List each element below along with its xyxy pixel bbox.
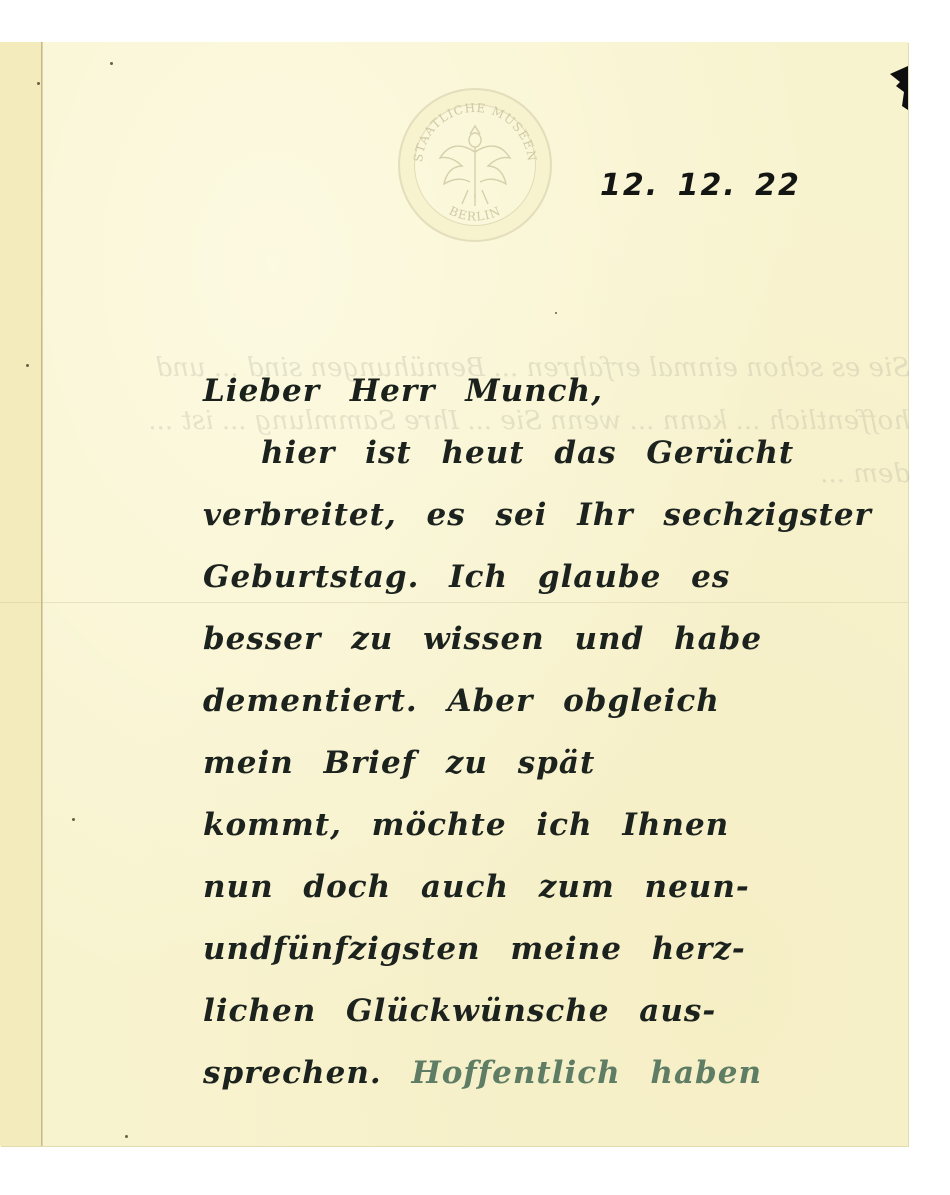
- folded-margin-strip: [0, 42, 42, 1146]
- letter-line: nun doch auch zum neun-: [203, 856, 903, 918]
- eagle-emblem-icon: STAATLICHE MUSEEN BERLIN: [400, 90, 550, 240]
- letter-line: hier ist heut das Gerücht: [203, 422, 903, 484]
- letter-date: 12. 12. 22: [600, 168, 801, 203]
- embossed-museum-seal: STAATLICHE MUSEEN BERLIN: [398, 88, 552, 242]
- paper-speck: [125, 1135, 128, 1138]
- letter-line: mein Brief zu spät: [203, 732, 903, 794]
- letter-line: dementiert. Aber obgleich: [203, 670, 903, 732]
- letter-line: besser zu wissen und habe: [203, 608, 903, 670]
- paper-speck: [72, 818, 75, 821]
- salutation: Lieber Herr Munch,: [203, 360, 903, 422]
- seal-bottom-text: BERLIN: [447, 204, 503, 224]
- paper-speck: [37, 82, 40, 85]
- letter-line-tail: Hoffentlich haben: [411, 1055, 762, 1091]
- paper-speck: [26, 364, 29, 367]
- torn-mount-fragment-icon: [888, 62, 910, 117]
- paper-speck: [555, 312, 557, 314]
- letter-line: verbreitet, es sei Ihr sechzigster: [203, 484, 903, 546]
- letter-line: kommt, möchte ich Ihnen: [203, 794, 903, 856]
- letter-line-final: sprechen. Hoffentlich haben: [203, 1042, 903, 1104]
- letter-body: Lieber Herr Munch, hier ist heut das Ger…: [203, 360, 903, 1104]
- letter-line: Geburtstag. Ich glaube es: [203, 546, 903, 608]
- letter-line: lichen Glückwünsche aus-: [203, 980, 903, 1042]
- paper-speck: [110, 62, 113, 65]
- letter-line-text: sprechen.: [203, 1055, 382, 1091]
- letter-line-text: lichen Glückwünsche aus-: [203, 993, 716, 1029]
- fold-crease: [41, 42, 43, 1146]
- letter-line: undfünfzigsten meine herz-: [203, 918, 903, 980]
